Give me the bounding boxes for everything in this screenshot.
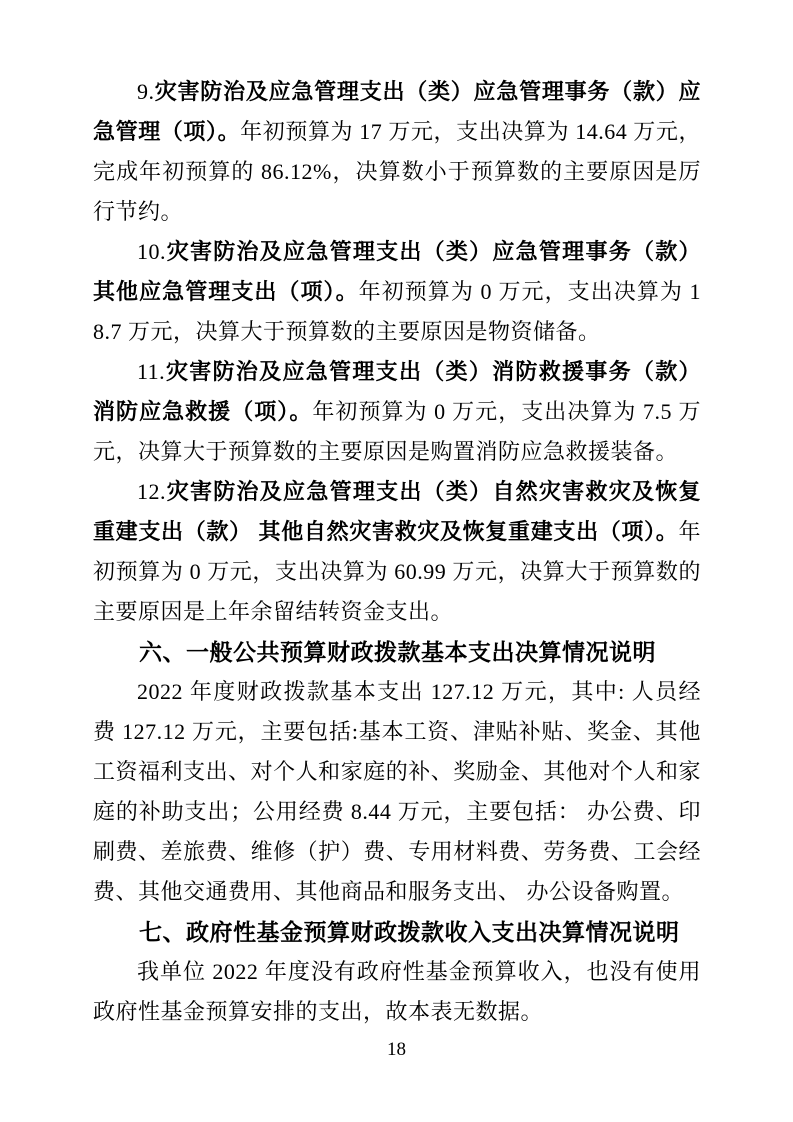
basic-expenditure-paragraph: 2022 年度财政拨款基本支出 127.12 万元，其中: 人员经费 127.1… <box>93 672 701 912</box>
page-number: 18 <box>0 1038 793 1062</box>
section-heading-six: 六、一般公共预算财政拨款基本支出决算情况说明 <box>93 632 701 672</box>
item-title: 灾害防治及应急管理支出（类）自然灾害救灾及恢复重建支出（款） 其他自然灾害救灾及… <box>93 479 701 544</box>
document-page: 9.灾害防治及应急管理支出（类）应急管理事务（款）应急管理（项）。年初预算为 1… <box>0 0 793 1122</box>
section-heading-seven: 七、政府性基金预算财政拨款收入支出决算情况说明 <box>93 912 701 952</box>
item-number: 11. <box>137 359 165 384</box>
budget-item-paragraph-10: 10.灾害防治及应急管理支出（类）应急管理事务（款） 其他应急管理支出（项）。年… <box>93 232 701 352</box>
item-number: 9. <box>137 79 155 104</box>
item-number: 12. <box>137 479 166 504</box>
document-body: 9.灾害防治及应急管理支出（类）应急管理事务（款）应急管理（项）。年初预算为 1… <box>93 72 701 1032</box>
budget-item-paragraph-9: 9.灾害防治及应急管理支出（类）应急管理事务（款）应急管理（项）。年初预算为 1… <box>93 72 701 232</box>
government-fund-paragraph: 我单位 2022 年度没有政府性基金预算收入，也没有使用政府性基金预算安排的支出… <box>93 952 701 1032</box>
budget-item-paragraph-12: 12.灾害防治及应急管理支出（类）自然灾害救灾及恢复重建支出（款） 其他自然灾害… <box>93 472 701 632</box>
item-number: 10. <box>137 239 166 264</box>
budget-item-paragraph-11: 11.灾害防治及应急管理支出（类）消防救援事务（款）消防应急救援（项）。年初预算… <box>93 352 701 472</box>
